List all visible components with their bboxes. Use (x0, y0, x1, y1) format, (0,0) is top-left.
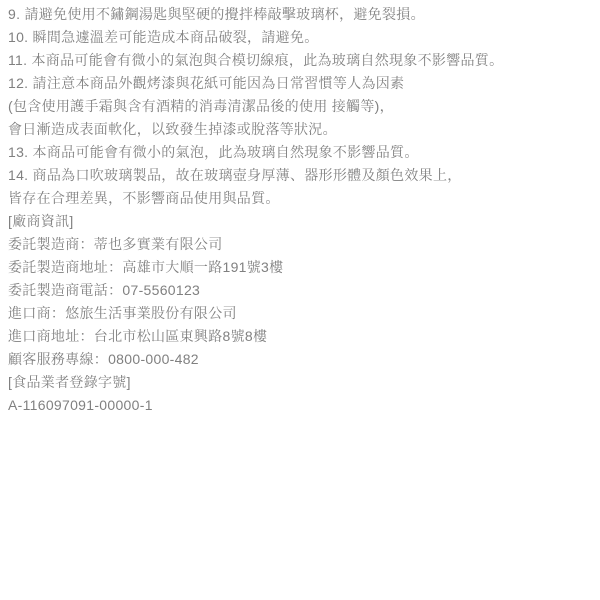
manufacturer-info-line: 進口商地址：台北市松山區東興路8號8樓 (8, 325, 590, 348)
care-note-line: 9. 請避免使用不鏽鋼湯匙與堅硬的攪拌棒敲擊玻璃杯，避免裂損。 (8, 3, 590, 26)
manufacturer-info-line: 委託製造商：蒂也多實業有限公司 (8, 233, 590, 256)
manufacturer-info-line: 委託製造商地址：高雄市大順一路191號3樓 (8, 256, 590, 279)
product-info-text-block: 9. 請避免使用不鏽鋼湯匙與堅硬的攪拌棒敲擊玻璃杯，避免裂損。 10. 瞬間急遽… (0, 0, 600, 417)
care-note-line: (包含使用護手霜與含有酒精的消毒清潔品後的使用 接觸等)， (8, 95, 590, 118)
care-note-line: 10. 瞬間急遽溫差可能造成本商品破裂，請避免。 (8, 26, 590, 49)
care-note-line: 14. 商品為口吹玻璃製品，故在玻璃壺身厚薄、器形形體及顏色效果上， (8, 164, 590, 187)
care-note-line: 會日漸造成表面軟化，以致發生掉漆或脫落等狀況。 (8, 118, 590, 141)
care-note-line: 13. 本商品可能會有微小的氣泡，此為玻璃自然現象不影響品質。 (8, 141, 590, 164)
care-note-line: 11. 本商品可能會有微小的氣泡與合模切線痕，此為玻璃自然現象不影響品質。 (8, 49, 590, 72)
care-note-line: 皆存在合理差異，不影響商品使用與品質。 (8, 187, 590, 210)
care-note-line: 12. 請注意本商品外觀烤漆與花紙可能因為日常習慣等人為因素 (8, 72, 590, 95)
manufacturer-info-line: 委託製造商電話：07-5560123 (8, 279, 590, 302)
manufacturer-info-line: 進口商：悠旅生活事業股份有限公司 (8, 302, 590, 325)
registration-section-header: [食品業者登錄字號] (8, 371, 590, 394)
manufacturer-info-line: 顧客服務專線：0800-000-482 (8, 348, 590, 371)
manufacturer-section-header: [廠商資訊] (8, 210, 590, 233)
registration-number: A-116097091-00000-1 (8, 394, 590, 417)
